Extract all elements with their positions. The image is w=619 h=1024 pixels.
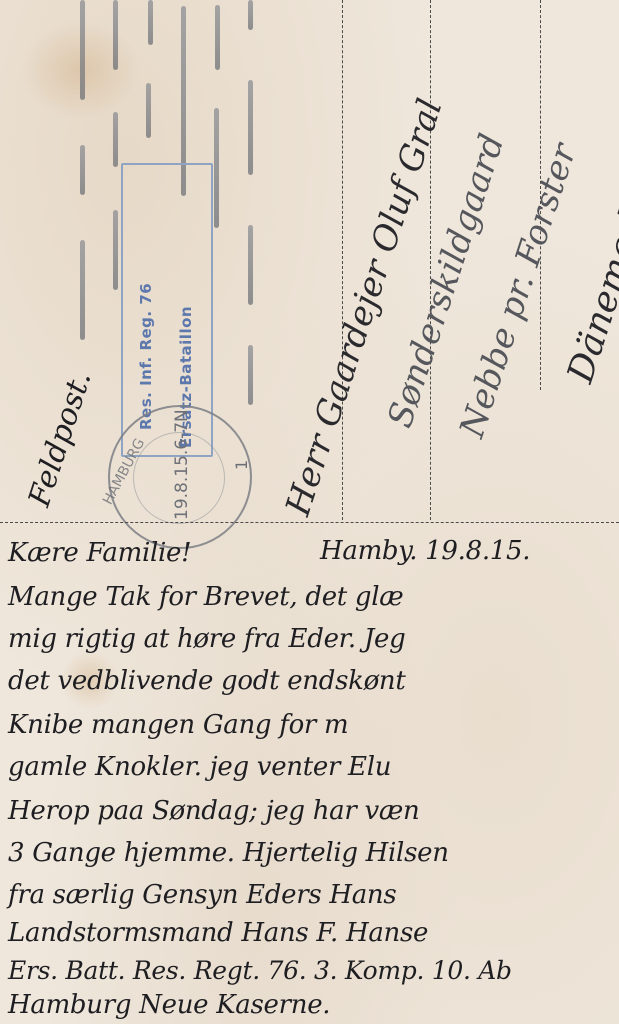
cancel-bar — [80, 0, 85, 100]
cancel-bar — [248, 80, 253, 175]
message-place-date: Hamby. 19.8.15. — [320, 536, 530, 566]
cancel-bar — [248, 0, 253, 30]
cancel-bar — [248, 225, 253, 305]
message-line: gamle Knokler. jeg venter Elu — [8, 752, 391, 782]
postmark-date: 19.8.15.6-7N — [172, 409, 192, 520]
cancel-bar — [215, 5, 220, 70]
message-line: Hamburg Neue Kaserne. — [8, 990, 330, 1020]
cancel-bar — [113, 0, 118, 70]
cancel-bar — [146, 83, 151, 138]
message-line: 3 Gange hjemme. Hjertelig Hilsen — [8, 838, 449, 868]
message-line: Herop paa Søndag; jeg har væn — [8, 796, 419, 826]
message-line: det vedblivende godt endskønt — [8, 666, 406, 696]
message-line: Landstormsmand Hans F. Hanse — [8, 918, 428, 948]
message-line: Knibe mangen Gang for m — [8, 710, 348, 740]
message-line: mig rigtig at høre fra Eder. Jeg — [8, 624, 405, 654]
cancel-bar — [80, 145, 85, 195]
message-line: Ers. Batt. Res. Regt. 76. 3. Komp. 10. A… — [8, 956, 512, 985]
cancel-bar — [80, 240, 85, 340]
cancel-bar — [113, 112, 118, 167]
postcard: Res. Inf. Reg. 76 Ersatz-Bataillon 19.8.… — [0, 0, 619, 1024]
address-line — [342, 0, 343, 520]
message-line: fra særlig Gensyn Eders Hans — [8, 880, 396, 910]
address-line-4: Dänemark — [560, 195, 619, 388]
message-line: Mange Tak for Brevet, det glæ — [8, 582, 403, 612]
cancel-bar — [214, 108, 219, 228]
cancel-bar — [113, 210, 118, 290]
cancel-bar — [148, 0, 153, 45]
cancel-bar — [248, 345, 253, 405]
postmark-number: 1 — [232, 460, 251, 470]
message-divider — [0, 522, 619, 523]
message-greeting: Kære Familie! — [8, 538, 191, 568]
regiment-stamp-line-1: Res. Inf. Reg. 76 — [137, 283, 155, 430]
